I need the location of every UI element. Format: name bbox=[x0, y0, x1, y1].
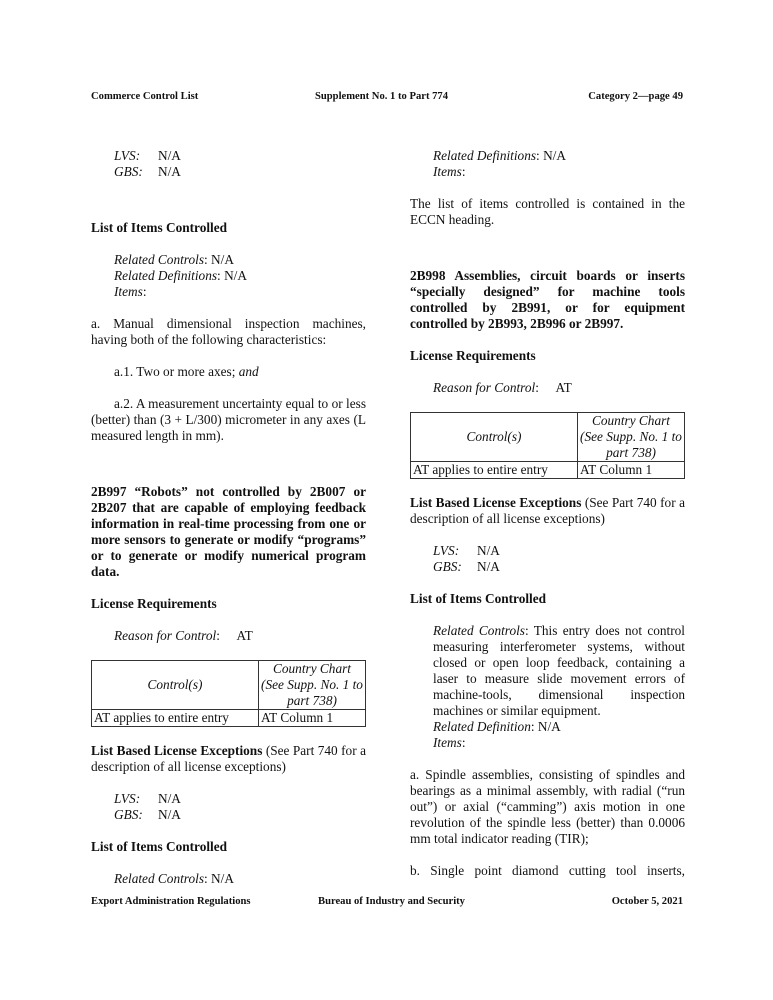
gbs-line-r: GBS:N/A bbox=[410, 559, 685, 575]
table-header-country-chart: Country Chart (See Supp. No. 1 to part 7… bbox=[578, 413, 685, 462]
header-center: Supplement No. 1 to Part 774 bbox=[315, 91, 448, 102]
items-label-r: Items: bbox=[410, 164, 685, 180]
table-cell-country: AT Column 1 bbox=[578, 462, 685, 479]
header-right: Category 2—page 49 bbox=[588, 91, 683, 102]
related-definitions: Related Definitions: N/A bbox=[91, 268, 366, 284]
page-footer: Export Administration Regulations Bureau… bbox=[91, 896, 683, 907]
license-exceptions-r: List Based License Exceptions (See Part … bbox=[410, 495, 685, 527]
item-b-r: b. Single point diamond cutting tool ins… bbox=[410, 863, 685, 879]
related-controls: Related Controls: N/A bbox=[91, 252, 366, 268]
country-chart-table-r: Control(s) Country Chart (See Supp. No. … bbox=[410, 412, 685, 479]
list-heading-r: List of Items Controlled bbox=[410, 591, 685, 607]
table-header-controls: Control(s) bbox=[411, 413, 578, 462]
item-a1: a.1. Two or more axes; and bbox=[91, 364, 366, 380]
items-label: Items: bbox=[91, 284, 366, 300]
related-definitions-r: Related Definitions: N/A bbox=[410, 148, 685, 164]
eccn-2b998-heading: 2B998 Assemblies, circuit boards or inse… bbox=[410, 268, 685, 332]
license-requirements-heading: License Requirements bbox=[91, 596, 366, 612]
lvs-line-r: LVS:N/A bbox=[410, 543, 685, 559]
table-row: AT applies to entire entry AT Column 1 bbox=[411, 462, 685, 479]
license-exceptions: List Based License Exceptions (See Part … bbox=[91, 743, 366, 775]
table-row: AT applies to entire entry AT Column 1 bbox=[92, 710, 366, 727]
eccn-heading-note: The list of items controlled is containe… bbox=[410, 196, 685, 228]
page-header: Commerce Control List Supplement No. 1 t… bbox=[91, 91, 683, 102]
license-requirements-heading-r: License Requirements bbox=[410, 348, 685, 364]
footer-left: Export Administration Regulations bbox=[91, 896, 251, 907]
list-heading: List of Items Controlled bbox=[91, 220, 366, 236]
footer-center: Bureau of Industry and Security bbox=[318, 896, 465, 907]
eccn-2b997-heading: 2B997 “Robots” not controlled by 2B007 o… bbox=[91, 484, 366, 580]
lvs-line: LVS:N/A bbox=[91, 148, 366, 164]
related-controls-2: Related Controls: N/A bbox=[91, 871, 366, 887]
country-chart-table: Control(s) Country Chart (See Supp. No. … bbox=[91, 660, 366, 727]
reason-for-control-r: Reason for Control: AT bbox=[410, 380, 685, 396]
gbs-line: GBS:N/A bbox=[91, 164, 366, 180]
left-column: LVS:N/A GBS:N/A List of Items Controlled… bbox=[91, 148, 366, 887]
header-left: Commerce Control List bbox=[91, 91, 198, 102]
table-header-controls: Control(s) bbox=[92, 661, 259, 710]
right-column: Related Definitions: N/A Items: The list… bbox=[410, 148, 685, 879]
item-a: a. Manual dimensional inspection machine… bbox=[91, 316, 366, 348]
reason-for-control: Reason for Control: AT bbox=[91, 628, 366, 644]
items-label-r2: Items: bbox=[410, 735, 685, 751]
table-cell-country: AT Column 1 bbox=[259, 710, 366, 727]
gbs-line-2: GBS:N/A bbox=[91, 807, 366, 823]
table-cell-controls: AT applies to entire entry bbox=[92, 710, 259, 727]
lvs-line-2: LVS:N/A bbox=[91, 791, 366, 807]
list-heading-2: List of Items Controlled bbox=[91, 839, 366, 855]
item-a-r: a. Spindle assemblies, consisting of spi… bbox=[410, 767, 685, 847]
footer-right: October 5, 2021 bbox=[612, 896, 683, 907]
table-cell-controls: AT applies to entire entry bbox=[411, 462, 578, 479]
related-definition-r: Related Definition: N/A bbox=[410, 719, 685, 735]
item-a2: a.2. A measurement uncertainty equal to … bbox=[91, 396, 366, 444]
related-controls-r: Related Controls: This entry does not co… bbox=[410, 623, 685, 719]
table-header-country-chart: Country Chart (See Supp. No. 1 to part 7… bbox=[259, 661, 366, 710]
